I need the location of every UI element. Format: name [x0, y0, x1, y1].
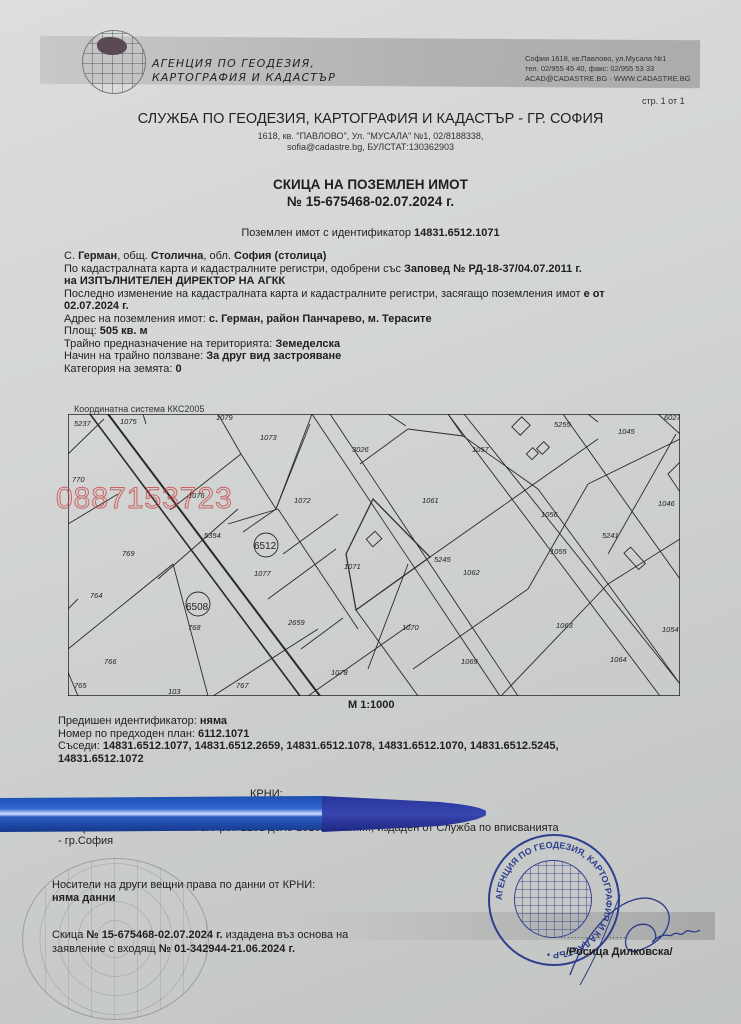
order-line: По кадастралната карта и кадастралните р…	[64, 263, 704, 276]
previous-plan-number: Номер по предходен план: 6112.1071	[58, 728, 559, 741]
document-number: № 15-675468-02.07.2024 г.	[0, 193, 741, 210]
parcel-label: 1062	[463, 568, 481, 577]
ballpoint-pen	[0, 790, 510, 836]
parcel-label: 2659	[287, 618, 306, 627]
phone-watermark: 0887153723	[56, 482, 233, 516]
cadastral-map: 5237107510791073302610575255104560277701…	[68, 414, 680, 696]
parcel-label: 1079	[216, 414, 234, 422]
parcel-label: 1073	[260, 433, 278, 442]
parcel-label: 1045	[618, 427, 636, 436]
parcel-label: 1054	[662, 625, 679, 634]
sketch-issuance-note: Скица № 15-675468-02.07.2024 г. издадена…	[52, 928, 348, 956]
coordinate-system-label: Координатна система ККС2005	[74, 404, 204, 414]
agency-contacts: София 1618, кв.Павлово, ул.Мусала №1 тел…	[525, 54, 691, 84]
other-rights-holders: Носители на други вещни права по данни о…	[52, 879, 315, 905]
previous-identifier: Предишен идентификатор: няма	[58, 715, 559, 728]
zone-label: 6512	[254, 541, 277, 552]
handwritten-signature	[560, 880, 710, 990]
address-line: Адрес на поземления имот: с. Герман, рай…	[64, 313, 704, 326]
parcel-label: 1063	[556, 621, 574, 630]
page-number: стр. 1 от 1	[642, 96, 685, 106]
parcel-label: 765	[74, 681, 87, 690]
office-address-line-1: 1618, кв. "ПАВЛОВО", Ул. "МУСАЛА" №1, 02…	[0, 131, 741, 142]
parcel-label: 1072	[294, 496, 312, 505]
parcel-label: 1077	[254, 569, 272, 578]
map-scale: М 1:1000	[348, 699, 394, 711]
office-address: 1618, кв. "ПАВЛОВО", Ул. "МУСАЛА" №1, 02…	[0, 131, 741, 153]
contact-phone: тел. 02/955 45 40, факс: 02/955 53 33	[525, 64, 691, 74]
identifier-label: Поземлен имот с идентификатор	[241, 227, 411, 239]
parcel-label: 6027	[664, 414, 680, 422]
area-line: Площ: 505 кв. м	[64, 325, 704, 338]
neighbors: Съседи: 14831.6512.1077, 14831.6512.2659…	[58, 740, 559, 753]
parcel-label: 1064	[610, 655, 627, 664]
parcel-label: 3026	[352, 445, 370, 454]
location-line: С. Герман, общ. Столична, обл. София (ст…	[64, 250, 704, 263]
parcel-label: 767	[236, 681, 249, 690]
parcel-label: 766	[104, 657, 117, 666]
parcel-label: 5237	[74, 419, 92, 428]
parcel-label: 1071	[344, 562, 361, 571]
parcel-label: 1055	[550, 547, 568, 556]
last-change-date: 02.07.2024 г.	[64, 300, 704, 313]
parcel-label: 5241	[602, 531, 619, 540]
parcel-label: 5354	[204, 531, 221, 540]
agency-line-2: КАРТОГРАФИЯ И КАДАСТЪР	[152, 71, 336, 85]
contact-web: ACAD@CADASTRE.BG · WWW.CADASTRE.BG	[525, 74, 691, 84]
request-line: заявление с входящ № 01-342944-21.06.202…	[52, 942, 348, 956]
globe-bulgaria-icon	[82, 30, 146, 94]
parcel-label: 1056	[541, 510, 559, 519]
neighbors-continued: 14831.6512.1072	[58, 753, 559, 766]
parcel-label: 764	[90, 591, 103, 600]
signer-name: /Росица Дилковска/	[566, 946, 673, 958]
other-rights-value: няма данни	[52, 892, 115, 904]
sketch-line: Скица № 15-675468-02.07.2024 г. издадена…	[52, 928, 348, 942]
parcel-label: 1075	[120, 417, 138, 426]
last-change-line: Последно изменение на кадастралната карт…	[64, 288, 704, 301]
category-line: Категория на земята: 0	[64, 363, 704, 376]
parcel-label: 1069	[461, 657, 479, 666]
parcel-label: 1070	[402, 623, 420, 632]
parcel-label: 769	[122, 549, 135, 558]
property-identifier: Поземлен имот с идентификатор 14831.6512…	[0, 227, 741, 239]
parcel-label: 1057	[472, 445, 490, 454]
parcel-extra-info: Предишен идентификатор: няма Номер по пр…	[58, 715, 559, 765]
parcel-label: 103	[168, 687, 181, 696]
parcel-label: 768	[188, 623, 201, 632]
zone-label: 6508	[186, 602, 209, 613]
title-text: СКИЦА НА ПОЗЕМЛЕН ИМОТ	[0, 176, 741, 193]
other-rights-label: Носители на други вещни права по данни о…	[52, 879, 315, 892]
property-info: С. Герман, общ. Столична, обл. София (ст…	[64, 250, 704, 375]
parcel-label: 1046	[658, 499, 676, 508]
order-authority: на ИЗПЪЛНИТЕЛЕН ДИРЕКТОР НА АГКК	[64, 275, 704, 288]
agency-line-1: АГЕНЦИЯ ПО ГЕОДЕЗИЯ,	[152, 57, 336, 71]
agency-name: АГЕНЦИЯ ПО ГЕОДЕЗИЯ, КАРТОГРАФИЯ И КАДАС…	[152, 57, 336, 85]
document-page: АГЕНЦИЯ ПО ГЕОДЕЗИЯ, КАРТОГРАФИЯ И КАДАС…	[0, 0, 741, 1024]
parcel-label: 5255	[554, 420, 572, 429]
office-name: СЛУЖБА ПО ГЕОДЕЗИЯ, КАРТОГРАФИЯ И КАДАСТ…	[0, 111, 741, 127]
identifier-value: 14831.6512.1071	[414, 227, 500, 239]
usage-line: Начин на трайно ползване: За друг вид за…	[64, 350, 704, 363]
document-title: СКИЦА НА ПОЗЕМЛЕН ИМОТ № 15-675468-02.07…	[0, 176, 741, 210]
purpose-line: Трайно предназначение на територията: Зе…	[64, 338, 704, 351]
office-address-line-2: sofia@cadastre.bg, БУЛСТАТ:130362903	[0, 142, 741, 153]
contact-address: София 1618, кв.Павлово, ул.Мусала №1	[525, 54, 691, 64]
parcel-label: 1061	[422, 496, 439, 505]
parcel-label: 1078	[331, 668, 349, 677]
parcel-label: 5245	[434, 555, 452, 564]
